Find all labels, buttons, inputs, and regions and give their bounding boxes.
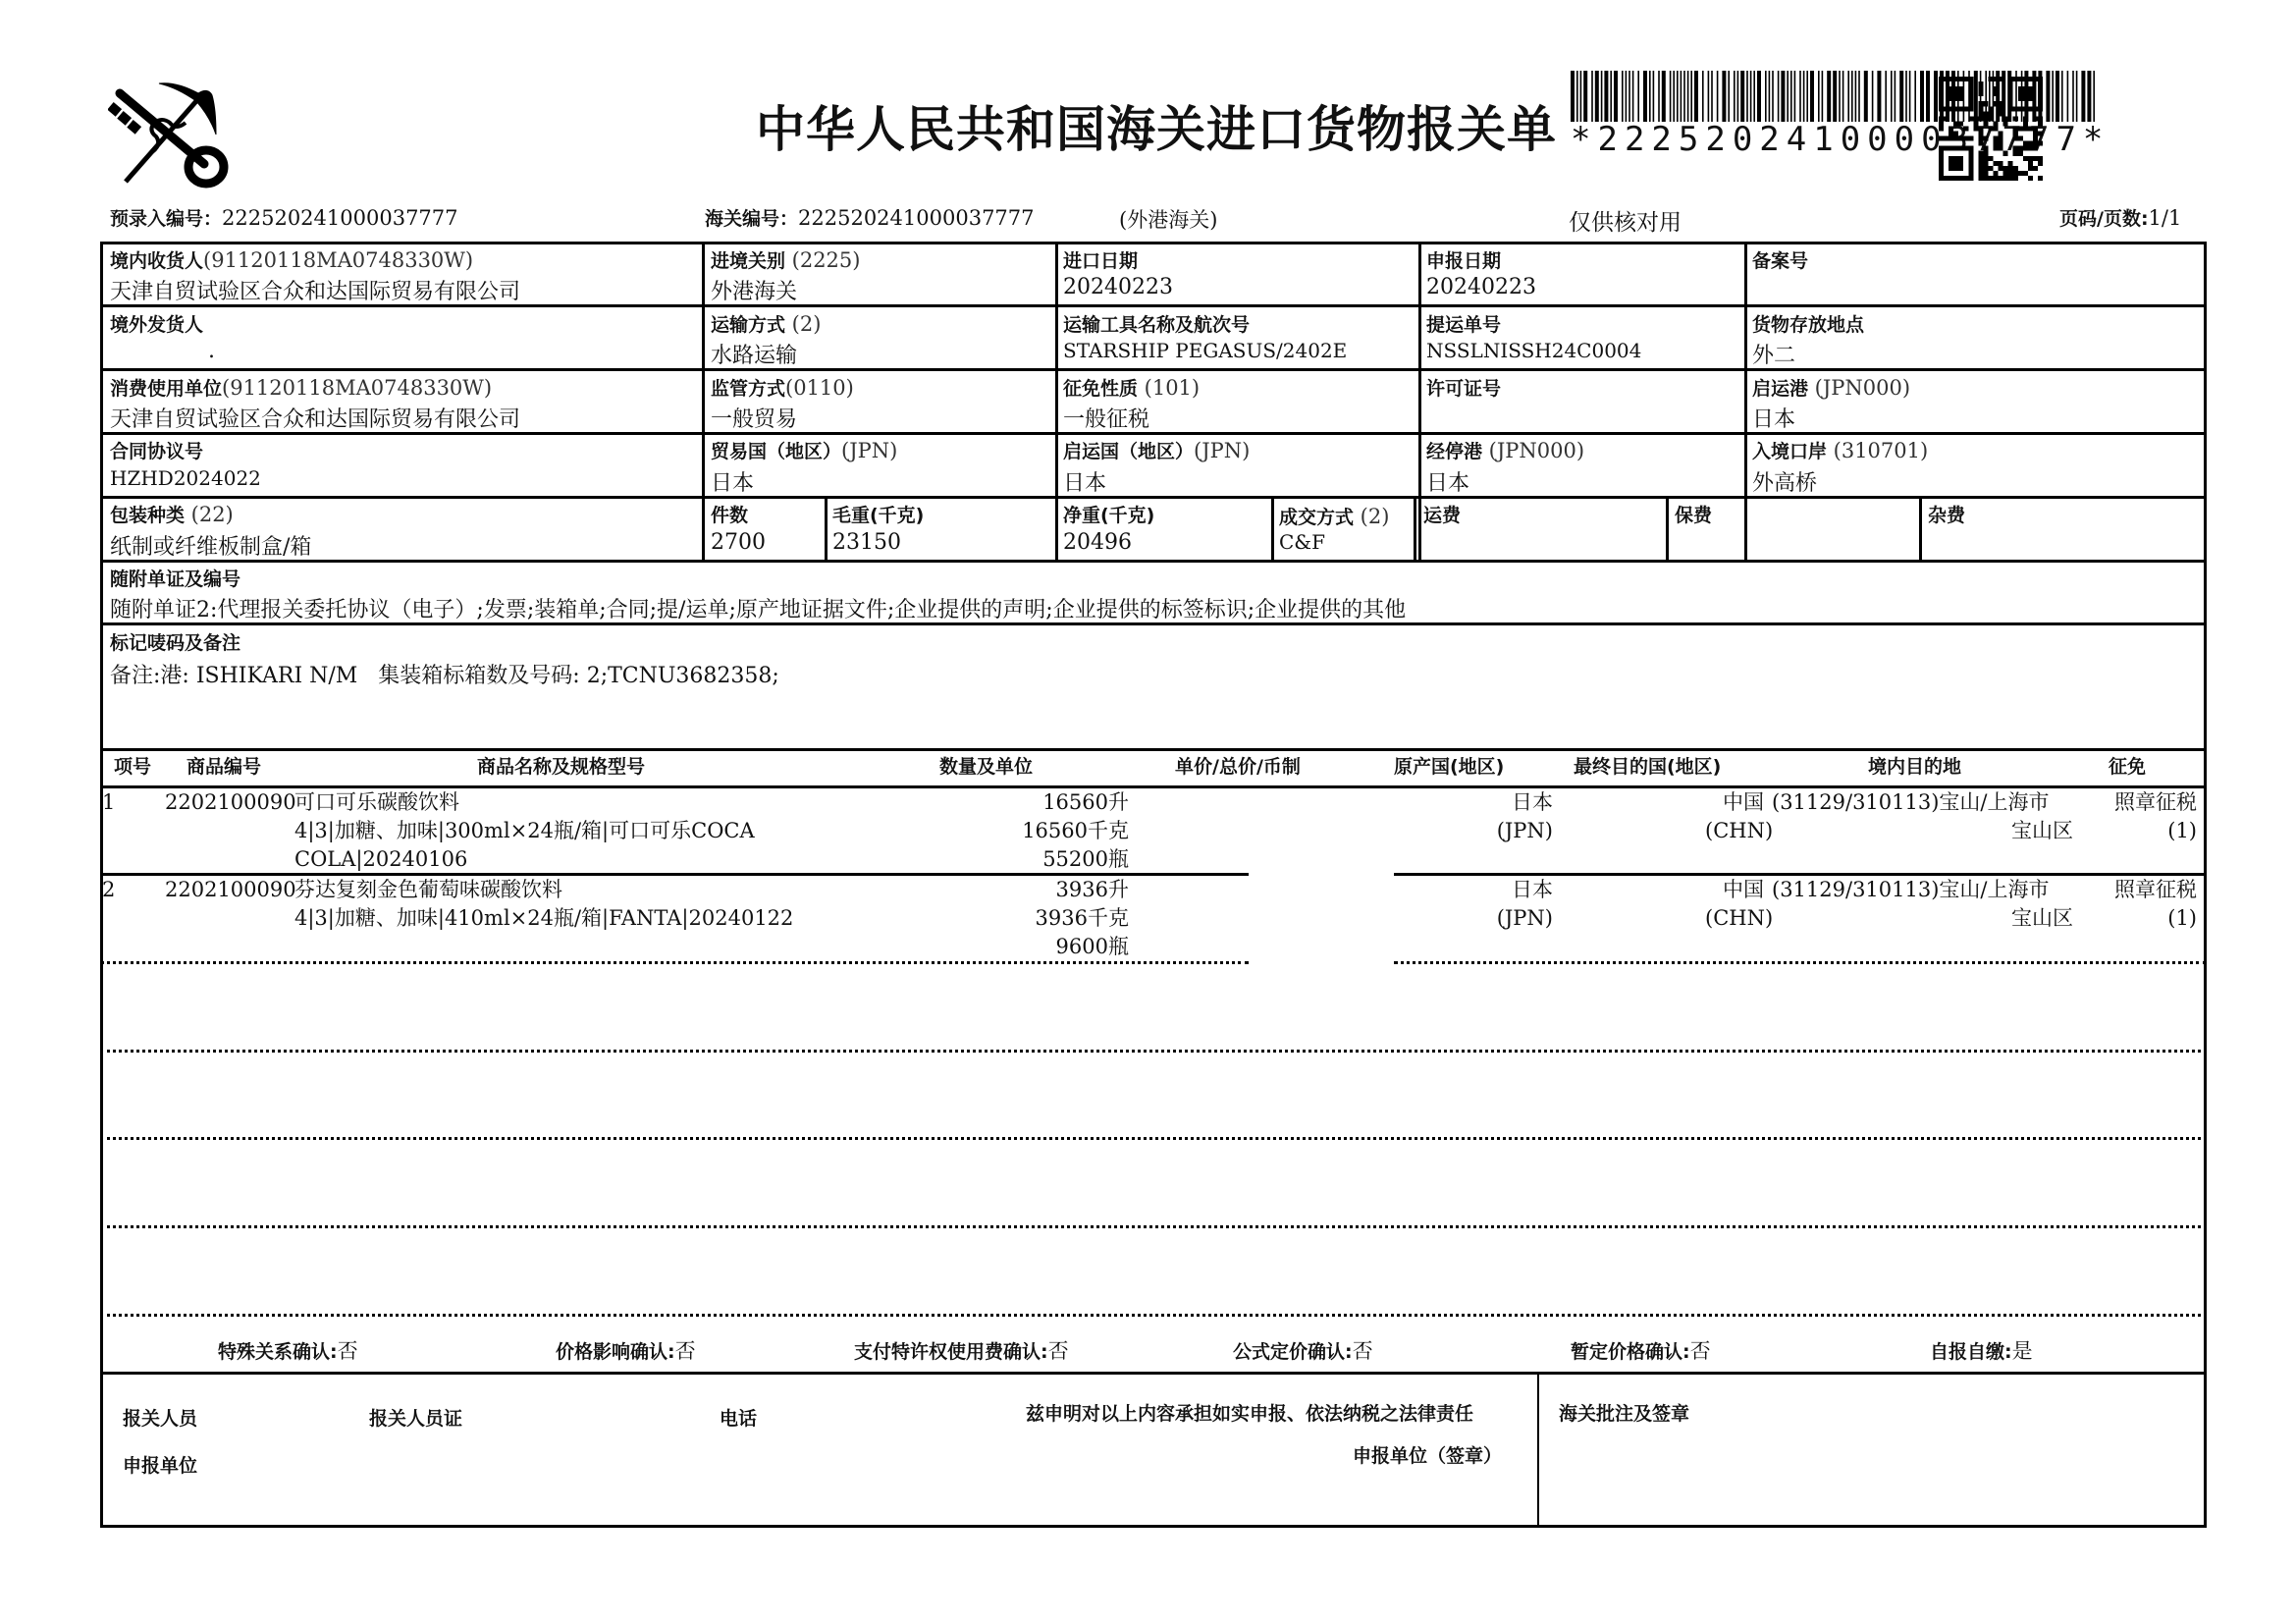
stop-port-label: 经停港 (JPN000) [1426,437,1584,463]
declare-unit-label: 申报单位 [123,1451,197,1478]
formula-pricing-confirm: 公式定价确认:否 [1233,1335,1373,1365]
supervision-mode-label: 监管方式(0110) [711,374,854,401]
departure-port-value: 日本 [1752,403,1795,433]
stop-port-value: 日本 [1426,466,1469,497]
contract-no-value: HZHD2024022 [110,466,261,490]
consumer-unit-label: 消费使用单位(91120118MA0748330W) [110,374,492,401]
customs-number: 海关编号：222520241000037777 [705,204,1035,231]
col-dest-country: 最终目的国(地区) [1574,752,1721,779]
marks-value: 备注:港: ISHIKARI N/M 集装箱标箱数及号码: 2;TCNU3682… [110,659,779,689]
page-title: 中华人民共和国海关进口货物报关单 [756,90,1557,161]
freight-label: 运费 [1423,501,1461,527]
entry-port-value: 外高桥 [1752,466,1817,497]
customs-office: (外港海关) [1119,204,1217,234]
col-goods-name: 商品名称及规格型号 [477,752,645,779]
transport-mode-value: 水路运输 [711,339,797,369]
col-domestic-dest: 境内目的地 [1868,752,1961,779]
trade-country-value: 日本 [711,466,754,497]
import-date-value: 20240223 [1063,275,1173,299]
declare-unit-seal-label: 申报单位（签章） [1353,1441,1502,1468]
col-price: 单价/总价/币制 [1175,752,1301,779]
departure-country-label: 启运国（地区）(JPN) [1063,437,1250,463]
verify-only-note: 仅供核对用 [1569,204,1682,237]
phone-label: 电话 [720,1404,757,1431]
vessel-voyage-value: STARSHIP PEGASUS/2402E [1063,339,1347,362]
gross-weight-value: 23150 [832,530,901,555]
col-levy: 征免 [2109,752,2146,779]
provisional-price-confirm: 暂定价格确认:否 [1571,1335,1711,1365]
pieces-value: 2700 [711,530,766,555]
bill-no-value: NSSLNISSH24C0004 [1426,339,1641,362]
entry-port-label: 入境口岸 (310701) [1752,437,1928,463]
royalty-payment-confirm: 支付特许权使用费确认:否 [854,1335,1069,1365]
misc-fee-label: 杂费 [1928,501,1965,527]
special-relationship-confirm: 特殊关系确认:否 [218,1335,358,1365]
storage-place-value: 外二 [1752,339,1795,369]
declarant-cert-label: 报关人员证 [369,1404,462,1431]
package-type-label: 包装种类 (22) [110,501,234,527]
storage-place-label: 货物存放地点 [1752,310,1864,337]
deal-mode-label: 成交方式 (2) [1279,503,1389,529]
trade-country-label: 贸易国（地区）(JPN) [711,437,897,463]
net-weight-label: 净重(千克) [1063,501,1154,527]
documents-value: 随附单证2:代理报关委托协议（电子）;发票;装箱单;合同;提/运单;原产地证据文… [110,593,1406,623]
import-date-label: 进口日期 [1063,246,1138,273]
qr-code-icon [1939,75,2043,183]
declaration-statement: 兹申明对以上内容承担如实申报、依法纳税之法律责任 [1026,1399,1473,1426]
declare-date-label: 申报日期 [1426,246,1501,273]
customs-emblem-icon [108,74,236,191]
deal-mode-value: C&F [1279,530,1325,554]
departure-port-label: 启运港 (JPN000) [1752,374,1910,401]
page-indicator: 页码/页数:1/1 [2059,204,2181,231]
declarant-label: 报关人员 [123,1404,197,1431]
col-origin: 原产国(地区) [1394,752,1504,779]
departure-country-value: 日本 [1063,466,1106,497]
consignee-value: 天津自贸试验区合众和达国际贸易有限公司 [110,275,520,305]
overseas-shipper-value: . [208,339,215,363]
entry-customs-value: 外港海关 [711,275,797,305]
pieces-label: 件数 [711,501,748,527]
transport-mode-label: 运输方式 (2) [711,310,821,337]
customs-approval-label: 海关批注及签章 [1559,1399,1689,1426]
price-influence-confirm: 价格影响确认:否 [556,1335,696,1365]
levy-nature-value: 一般征税 [1063,403,1149,433]
pre-entry-number: 预录入编号：222520241000037777 [110,204,458,231]
col-hs-code: 商品编号 [187,752,261,779]
marks-label: 标记唛码及备注 [110,628,240,655]
package-type-value: 纸制或纤维板制盒/箱 [110,530,311,561]
col-quantity: 数量及单位 [939,752,1033,779]
net-weight-value: 20496 [1063,530,1132,555]
consumer-unit-value: 天津自贸试验区合众和达国际贸易有限公司 [110,403,520,433]
insurance-label: 保费 [1675,501,1712,527]
self-declare-pay: 自报自缴:是 [1930,1335,2033,1365]
documents-label: 随附单证及编号 [110,565,240,591]
consignee-label: 境内收货人(91120118MA0748330W) [110,246,473,273]
license-no-label: 许可证号 [1426,374,1501,401]
contract-no-label: 合同协议号 [110,437,203,463]
supervision-mode-value: 一般贸易 [711,403,797,433]
entry-customs-label: 进境关别 (2225) [711,246,860,273]
bill-no-label: 提运单号 [1426,310,1501,337]
levy-nature-label: 征免性质 (101) [1063,374,1200,401]
col-item-no: 项号 [114,752,151,779]
gross-weight-label: 毛重(千克) [832,501,924,527]
vessel-voyage-label: 运输工具名称及航次号 [1063,310,1250,337]
overseas-shipper-label: 境外发货人 [110,310,203,337]
record-no-label: 备案号 [1752,246,1808,273]
declare-date-value: 20240223 [1426,275,1536,299]
